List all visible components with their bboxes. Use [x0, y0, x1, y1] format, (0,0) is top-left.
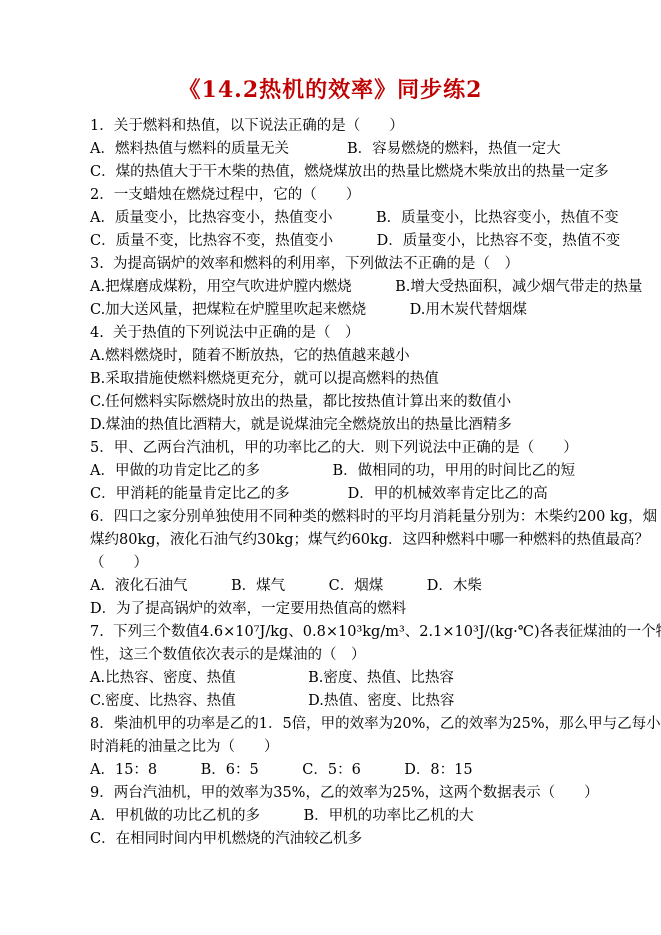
question-7: 7. 下列三个数值4.6×10⁷J/kg、0.8×10³kg/m³、2.1×10… [90, 621, 637, 713]
question-6-options-abcd: A．液化石油气 B．煤气 C．烟煤 D．木柴 [90, 575, 637, 598]
question-5-options-cd: C．甲消耗的能量肯定比乙的多 D．甲的机械效率肯定比乙的高 [90, 483, 637, 506]
question-8-options-abcd: A．15：8 B．6：5 C．5：6 D．8：15 [90, 759, 637, 782]
question-9-option-c: C．在相同时间内甲机燃烧的汽油较乙机多 [90, 828, 637, 851]
question-4-option-d: D.煤油的热值比酒精大，就是说煤油完全燃烧放出的热量比酒精多 [90, 414, 637, 437]
question-9-options-ab: A．甲机做的功比乙机的多 B．甲机的功率比乙机的大 [90, 805, 637, 828]
question-7-stem-line-2: 性，这三个数值依次表示的是煤油的（ ） [90, 644, 637, 667]
question-8-stem-line-1: 8．柴油机甲的功率是乙的1．5倍，甲的效率为20%，乙的效率为25%，那么甲与乙… [90, 713, 637, 736]
worksheet-page: 《14.2热机的效率》同步练2 1．关于燃料和热值，以下说法正确的是（ ） A．… [0, 0, 661, 935]
question-7-options-cd: C.密度、比热容、热值 D.热值、密度、比热容 [90, 690, 637, 713]
question-5: 5．甲、乙两台汽油机，甲的功率比乙的大．则下列说法中正确的是（ ） A．甲做的功… [90, 437, 637, 506]
question-1-option-c: C．煤的热值大于干木柴的热值，燃烧煤放出的热量比燃烧木柴放出的热量一定多 [90, 161, 637, 184]
question-9: 9．两台汽油机，甲的效率为35%，乙的效率为25%，这两个数据表示（ ） A．甲… [90, 782, 637, 851]
question-4: 4. 关于热值的下列说法中正确的是（ ） A.燃料燃烧时，随着不断放热，它的热值… [90, 322, 637, 437]
question-1: 1．关于燃料和热值，以下说法正确的是（ ） A．燃料热值与燃料的质量无关 B．容… [90, 115, 637, 184]
page-title: 《14.2热机的效率》同步练2 [0, 0, 661, 115]
question-4-option-c: C.任何燃料实际燃烧时放出的热量，都比按热值计算出来的数值小 [90, 391, 637, 414]
question-3-options-cd: C.加大送风量，把煤粒在炉膛里吹起来燃烧 D.用木炭代替烟煤 [90, 299, 637, 322]
question-6-answer-parens: （ ） [90, 552, 637, 575]
question-3: 3. 为提高锅炉的效率和燃料的利用率，下列做法不正确的是（ ） A.把煤磨成煤粉… [90, 253, 637, 322]
question-3-stem: 3. 为提高锅炉的效率和燃料的利用率，下列做法不正确的是（ ） [90, 253, 637, 276]
question-2-options-cd: C．质量不变，比热容不变，热值变小 D．质量变小，比热容不变，热值不变 [90, 230, 637, 253]
question-6: 6．四口之家分别单独使用不同种类的燃料时的平均月消耗量分别为：木柴约200 kg… [90, 506, 637, 621]
worksheet-body: 1．关于燃料和热值，以下说法正确的是（ ） A．燃料热值与燃料的质量无关 B．容… [0, 115, 661, 851]
question-7-options-ab: A.比热容、密度、热值 B.密度、热值、比热容 [90, 667, 637, 690]
question-3-options-ab: A.把煤磨成煤粉，用空气吹进炉膛内燃烧 B.增大受热面积，减少烟气带走的热量 [90, 276, 637, 299]
question-7-stem-line-1: 7. 下列三个数值4.6×10⁷J/kg、0.8×10³kg/m³、2.1×10… [90, 621, 637, 644]
question-2-options-ab: A．质量变小，比热容变小，热值变小 B．质量变小，比热容变小，热值不变 [90, 207, 637, 230]
question-9-stem: 9．两台汽油机，甲的效率为35%，乙的效率为25%，这两个数据表示（ ） [90, 782, 637, 805]
question-5-options-ab: A．甲做的功肯定比乙的多 B．做相同的功，甲用的时间比乙的短 [90, 460, 637, 483]
question-6-option-d-extra: D．为了提高锅炉的效率，一定要用热值高的燃料 [90, 598, 637, 621]
question-2: 2．一支蜡烛在燃烧过程中，它的（ ） A．质量变小，比热容变小，热值变小 B．质… [90, 184, 637, 253]
question-6-stem-line-1: 6．四口之家分别单独使用不同种类的燃料时的平均月消耗量分别为：木柴约200 kg… [90, 506, 637, 529]
question-2-stem: 2．一支蜡烛在燃烧过程中，它的（ ） [90, 184, 637, 207]
question-6-stem-line-2: 煤约80kg，液化石油气约30kg；煤气约60kg．这四种燃料中哪一种燃料的热值… [90, 529, 637, 552]
question-8-stem-line-2: 时消耗的油量之比为（ ） [90, 736, 637, 759]
question-1-stem: 1．关于燃料和热值，以下说法正确的是（ ） [90, 115, 637, 138]
question-1-options-ab: A．燃料热值与燃料的质量无关 B．容易燃烧的燃料，热值一定大 [90, 138, 637, 161]
question-8: 8．柴油机甲的功率是乙的1．5倍，甲的效率为20%，乙的效率为25%，那么甲与乙… [90, 713, 637, 782]
question-5-stem: 5．甲、乙两台汽油机，甲的功率比乙的大．则下列说法中正确的是（ ） [90, 437, 637, 460]
question-4-option-b: B.采取措施使燃料燃烧更充分，就可以提高燃料的热值 [90, 368, 637, 391]
question-4-stem: 4. 关于热值的下列说法中正确的是（ ） [90, 322, 637, 345]
question-4-option-a: A.燃料燃烧时，随着不断放热，它的热值越来越小 [90, 345, 637, 368]
